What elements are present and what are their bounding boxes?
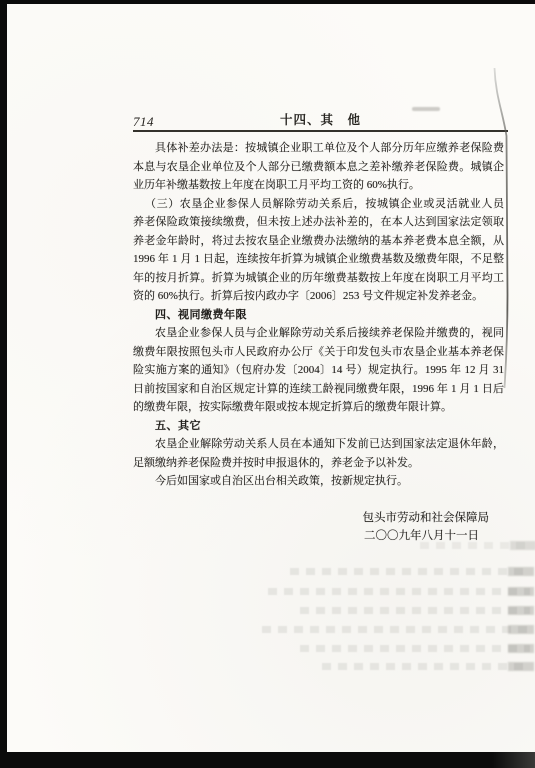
- scan-border-top: [0, 0, 535, 4]
- text-line: （三）农垦企业参保人员解除劳动关系后，按城镇企业或灵活就业人员: [133, 195, 504, 214]
- section-header-title: 十四、其 他: [133, 110, 508, 128]
- text-line: 养老金年龄时，将过去按农垦企业缴费办法缴纳的基本养老费本息全额，从: [133, 232, 504, 251]
- scan-border-bottom: [0, 752, 535, 768]
- signature-org: 包头市劳动和社会保障局: [133, 509, 489, 527]
- text-line: 资的 60%执行。折算后按内政办字〔2006〕253 号文件规定补发养老金。: [133, 287, 504, 306]
- text-line: 养老保险政策接续缴费，但未按上述办法补差的，在本人达到国家法定领取: [133, 213, 504, 232]
- text-line: 具体补差办法是：按城镇企业职工单位及个人部分历年应缴养老保险费: [133, 139, 504, 158]
- header-rule: [133, 130, 508, 132]
- section-heading-line: 五、其它: [133, 417, 504, 436]
- scanned-page: 714 十四、其 他 具体补差办法是：按城镇企业职工单位及个人部分历年应缴养老保…: [0, 0, 535, 768]
- text-line: 日前按国家和自治区规定计算的连续工龄视同缴费年限，1996 年 1 月 1 日后: [133, 380, 504, 399]
- bleedthrough-noise: [290, 568, 530, 575]
- document-body: 具体补差办法是：按城镇企业职工单位及个人部分历年应缴养老保险费本息与农垦企业单位…: [133, 139, 504, 491]
- text-line: 缴费年限按照包头市人民政府办公厅《关于印发包头市农垦企业基本养老保: [133, 343, 504, 362]
- bleedthrough-noise: [300, 645, 530, 652]
- scan-border-left: [0, 0, 7, 768]
- signature-block: 包头市劳动和社会保障局 二〇〇九年八月十一日: [133, 509, 489, 545]
- bleedthrough-noise: [420, 542, 532, 549]
- page-number: 714: [133, 114, 154, 130]
- section-heading-line: 四、视同缴费年限: [133, 306, 504, 325]
- text-line: 本息与农垦企业单位及个人部分已缴费额本息之差补缴养老保险费。城镇企: [133, 158, 504, 177]
- text-line: 足额缴纳养老保险费并按时申报退休的，养老金予以补发。: [133, 454, 504, 473]
- text-line: 业历年补缴基数按上年度在岗职工月平均工资的 60%执行。: [133, 176, 504, 195]
- bleedthrough-noise: [268, 588, 530, 595]
- text-line: 农垦企业参保人员与企业解除劳动关系后接续养老保险并缴费的，视同: [133, 324, 504, 343]
- text-line: 年的按月折算。折算为城镇企业的历年缴费基数按上年度在岗职工月平均工: [133, 269, 504, 288]
- scan-smudge: [412, 107, 440, 111]
- text-line: 今后如国家或自治区出台相关政策，按新规定执行。: [133, 472, 504, 491]
- text-line: 的缴费年限，按实际缴费年限或按本规定折算后的缴费年限计算。: [133, 398, 504, 417]
- text-line: 1996 年 1 月 1 日起，连续按年折算为城镇企业缴费基数及缴费年限，不足整: [133, 250, 504, 269]
- page-header: 714 十四、其 他: [133, 110, 508, 130]
- text-line: 险实施方案的通知》（包府办发〔2004〕14 号）规定执行。1995 年 12 …: [133, 361, 504, 380]
- bleedthrough-noise: [322, 663, 530, 670]
- bleedthrough-noise: [262, 626, 530, 633]
- text-line: 农垦企业解除劳动关系人员在本通知下发前已达到国家法定退休年龄，: [133, 435, 504, 454]
- bleedthrough-noise: [300, 607, 530, 614]
